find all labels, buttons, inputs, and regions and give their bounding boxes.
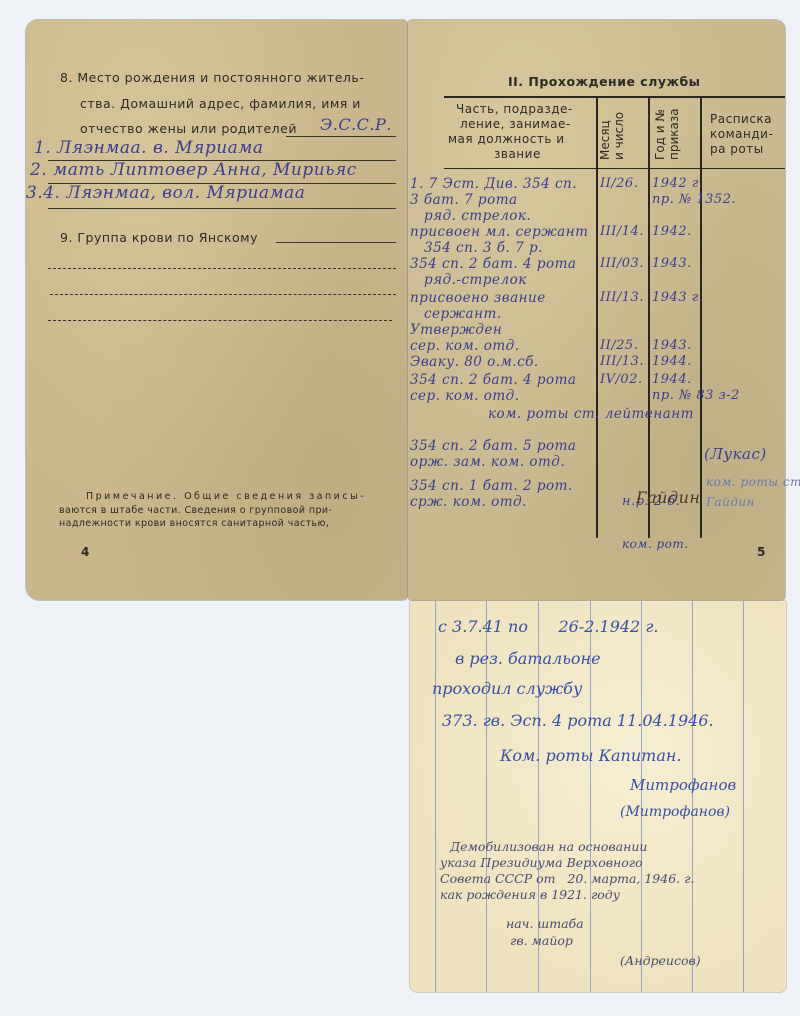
entry-order: 1942 г.	[652, 176, 703, 191]
note-line1: Примечание. Общие сведения записы-	[86, 490, 366, 503]
entry-unit: присвоен мл. сержант	[410, 224, 588, 240]
entry-unit: Эваку. 80 о.м.сб.	[410, 354, 539, 370]
section8-line3: отчество жены или родителей	[80, 121, 297, 136]
entry-unit: 354 сп. 1 бат. 2 рот.	[410, 478, 573, 494]
entry-date: II/25.	[600, 338, 638, 353]
header-col3-line1: Год и №	[653, 108, 667, 160]
section-title: II. Прохождение службы	[508, 74, 700, 89]
entry-date: II/26.	[600, 176, 638, 191]
slip-rule	[692, 601, 693, 992]
header-col1-line2: ление, занимае-	[460, 117, 571, 131]
entry-unit: сер. ком. отд.	[410, 388, 520, 404]
column-line-1	[596, 96, 598, 538]
family-entry-1: 1. Ляэнмаа. в. Мяриама	[34, 138, 264, 158]
right-page: II. Прохождение службы Часть, подразде- …	[408, 20, 785, 600]
family-entry-2: 2. мать Липтовер Анна, Мириьяс	[30, 160, 357, 180]
page-number-left: 4	[81, 545, 89, 559]
entry-unit: 354 сп. 2 бат. 4 рота	[410, 372, 576, 388]
entry-date: III/13.	[600, 354, 644, 369]
entry-order: 1942.	[652, 224, 692, 239]
entry-unit: орж. зам. ком. отд.	[410, 454, 565, 470]
slip-rule	[435, 601, 436, 992]
slip-line-6: (Митрофанов)	[620, 804, 730, 820]
header-col1-line1: Часть, подразде-	[456, 102, 573, 116]
slip-rule	[743, 601, 744, 992]
signature-note-1: ком. роты ст. л-т	[706, 475, 800, 489]
header-col4-line3: ра роты	[710, 142, 764, 156]
slip-line-4: 373. гв. Эсп. 4 рота 11.04.1946.	[442, 711, 714, 730]
entry-unit: 3 бат. 7 рота	[410, 192, 518, 208]
entry-date: III/03.	[600, 256, 644, 271]
slip-line-2: в рез. батальоне	[455, 649, 601, 668]
chief-title-2: гв. майор	[510, 933, 573, 948]
section8-rule-0	[286, 136, 396, 137]
attached-slip: с 3.7.41 по 26-2.1942 г. в рез. батальон…	[410, 601, 786, 992]
table-header-rule	[444, 168, 785, 169]
entry-date: IV/02.	[600, 372, 643, 387]
section8-handwritten-suffix: Э.С.С.Р.	[320, 115, 392, 134]
blood-type-rule-2	[50, 294, 396, 295]
entry-unit: ряд. стрелок.	[424, 208, 531, 224]
entry-order: пр. № 83 з-2	[652, 388, 740, 403]
blood-type-rule-3	[48, 320, 392, 321]
section8-rule-3	[48, 208, 396, 209]
entry-order: пр. № 1352.	[652, 192, 736, 207]
header-col4-line2: команди-	[710, 127, 773, 141]
signature-gaidin: Гайдин	[706, 495, 755, 509]
entry-unit: сержант.	[424, 306, 502, 322]
demob-line-3: Совета СССР от 20. марта, 1946. г.	[440, 871, 694, 886]
entry-unit: 354 сп. 2 бат. 5 рота	[410, 438, 576, 454]
section9-label: 9. Группа крови по Янскому	[60, 230, 258, 245]
entry-unit: ряд.-стрелок	[424, 272, 527, 288]
section8-line1: 8. Место рождения и постоянного житель-	[60, 70, 364, 85]
header-col2-line1: Месяц	[598, 112, 612, 160]
header-col1-line4: звание	[494, 147, 541, 161]
slip-rule	[641, 601, 642, 992]
header-col2-line2: и число	[612, 112, 626, 160]
slip-line-3: проходил службу	[432, 679, 582, 698]
demob-line-4: как рождения в 1921. году	[440, 887, 620, 902]
header-col2: Месяц и число	[598, 112, 626, 160]
header-col1-line3: мая должность и	[448, 132, 565, 146]
header-col4-line1: Расписка	[710, 112, 772, 126]
blood-type-rule-1	[48, 268, 396, 269]
left-page: 8. Место рождения и постоянного житель- …	[26, 20, 407, 600]
header-col3-line2: приказа	[667, 108, 681, 160]
entry-date: III/13.	[600, 290, 644, 305]
signature-brown: Гайдин	[636, 488, 700, 507]
entry-unit: срж. ком. отд.	[410, 494, 527, 510]
entry-date: III/14.	[600, 224, 644, 239]
entry-unit: присвоено звание	[410, 290, 546, 306]
entry-order: 1944.	[652, 354, 692, 369]
slip-line-1: с 3.7.41 по 26-2.1942 г.	[438, 617, 658, 636]
column-line-3	[700, 96, 702, 538]
slip-signature: Митрофанов	[630, 776, 736, 794]
slip-line-5: Ком. роты Капитан.	[500, 746, 681, 765]
entry-unit: ком. роты ст. лейтенант	[488, 406, 694, 422]
signature-note-2: ком. рот.	[622, 537, 689, 551]
family-entry-3: 3.4. Ляэнмаа, вол. Мяриамаа	[26, 183, 305, 203]
table-top-rule	[444, 96, 785, 98]
entry-unit: Утвержден	[410, 322, 502, 338]
entry-unit: сер. ком. отд.	[410, 338, 520, 354]
note-line3: надлежности крови вносятся санитарной ча…	[59, 517, 329, 530]
note-line2: ваются в штабе части. Сведения о группов…	[59, 504, 332, 517]
demob-line-1: Демобилизован на основании	[450, 839, 647, 854]
signature-lukas: (Лукас)	[704, 445, 767, 463]
blood-type-field	[276, 242, 396, 243]
entry-order: 1944.	[652, 372, 692, 387]
entry-unit: 354 сп. 3 б. 7 р.	[424, 240, 543, 256]
demob-line-2: указа Президиума Верховного	[440, 855, 643, 870]
chief-name: (Андреисов)	[620, 953, 701, 968]
chief-title-1: нач. штаба	[506, 916, 584, 931]
column-line-2	[648, 96, 650, 538]
entry-unit: 354 сп. 2 бат. 4 рота	[410, 256, 576, 272]
header-col3: Год и № приказа	[653, 108, 681, 160]
entry-order: 1943 г.	[652, 290, 703, 305]
entry-order: 1943.	[652, 338, 692, 353]
entry-unit: 1. 7 Эст. Див. 354 сп.	[410, 176, 577, 192]
page-number-right: 5	[757, 545, 765, 559]
entry-order: 1943.	[652, 256, 692, 271]
section8-line2: ства. Домашний адрес, фамилия, имя и	[80, 96, 361, 111]
